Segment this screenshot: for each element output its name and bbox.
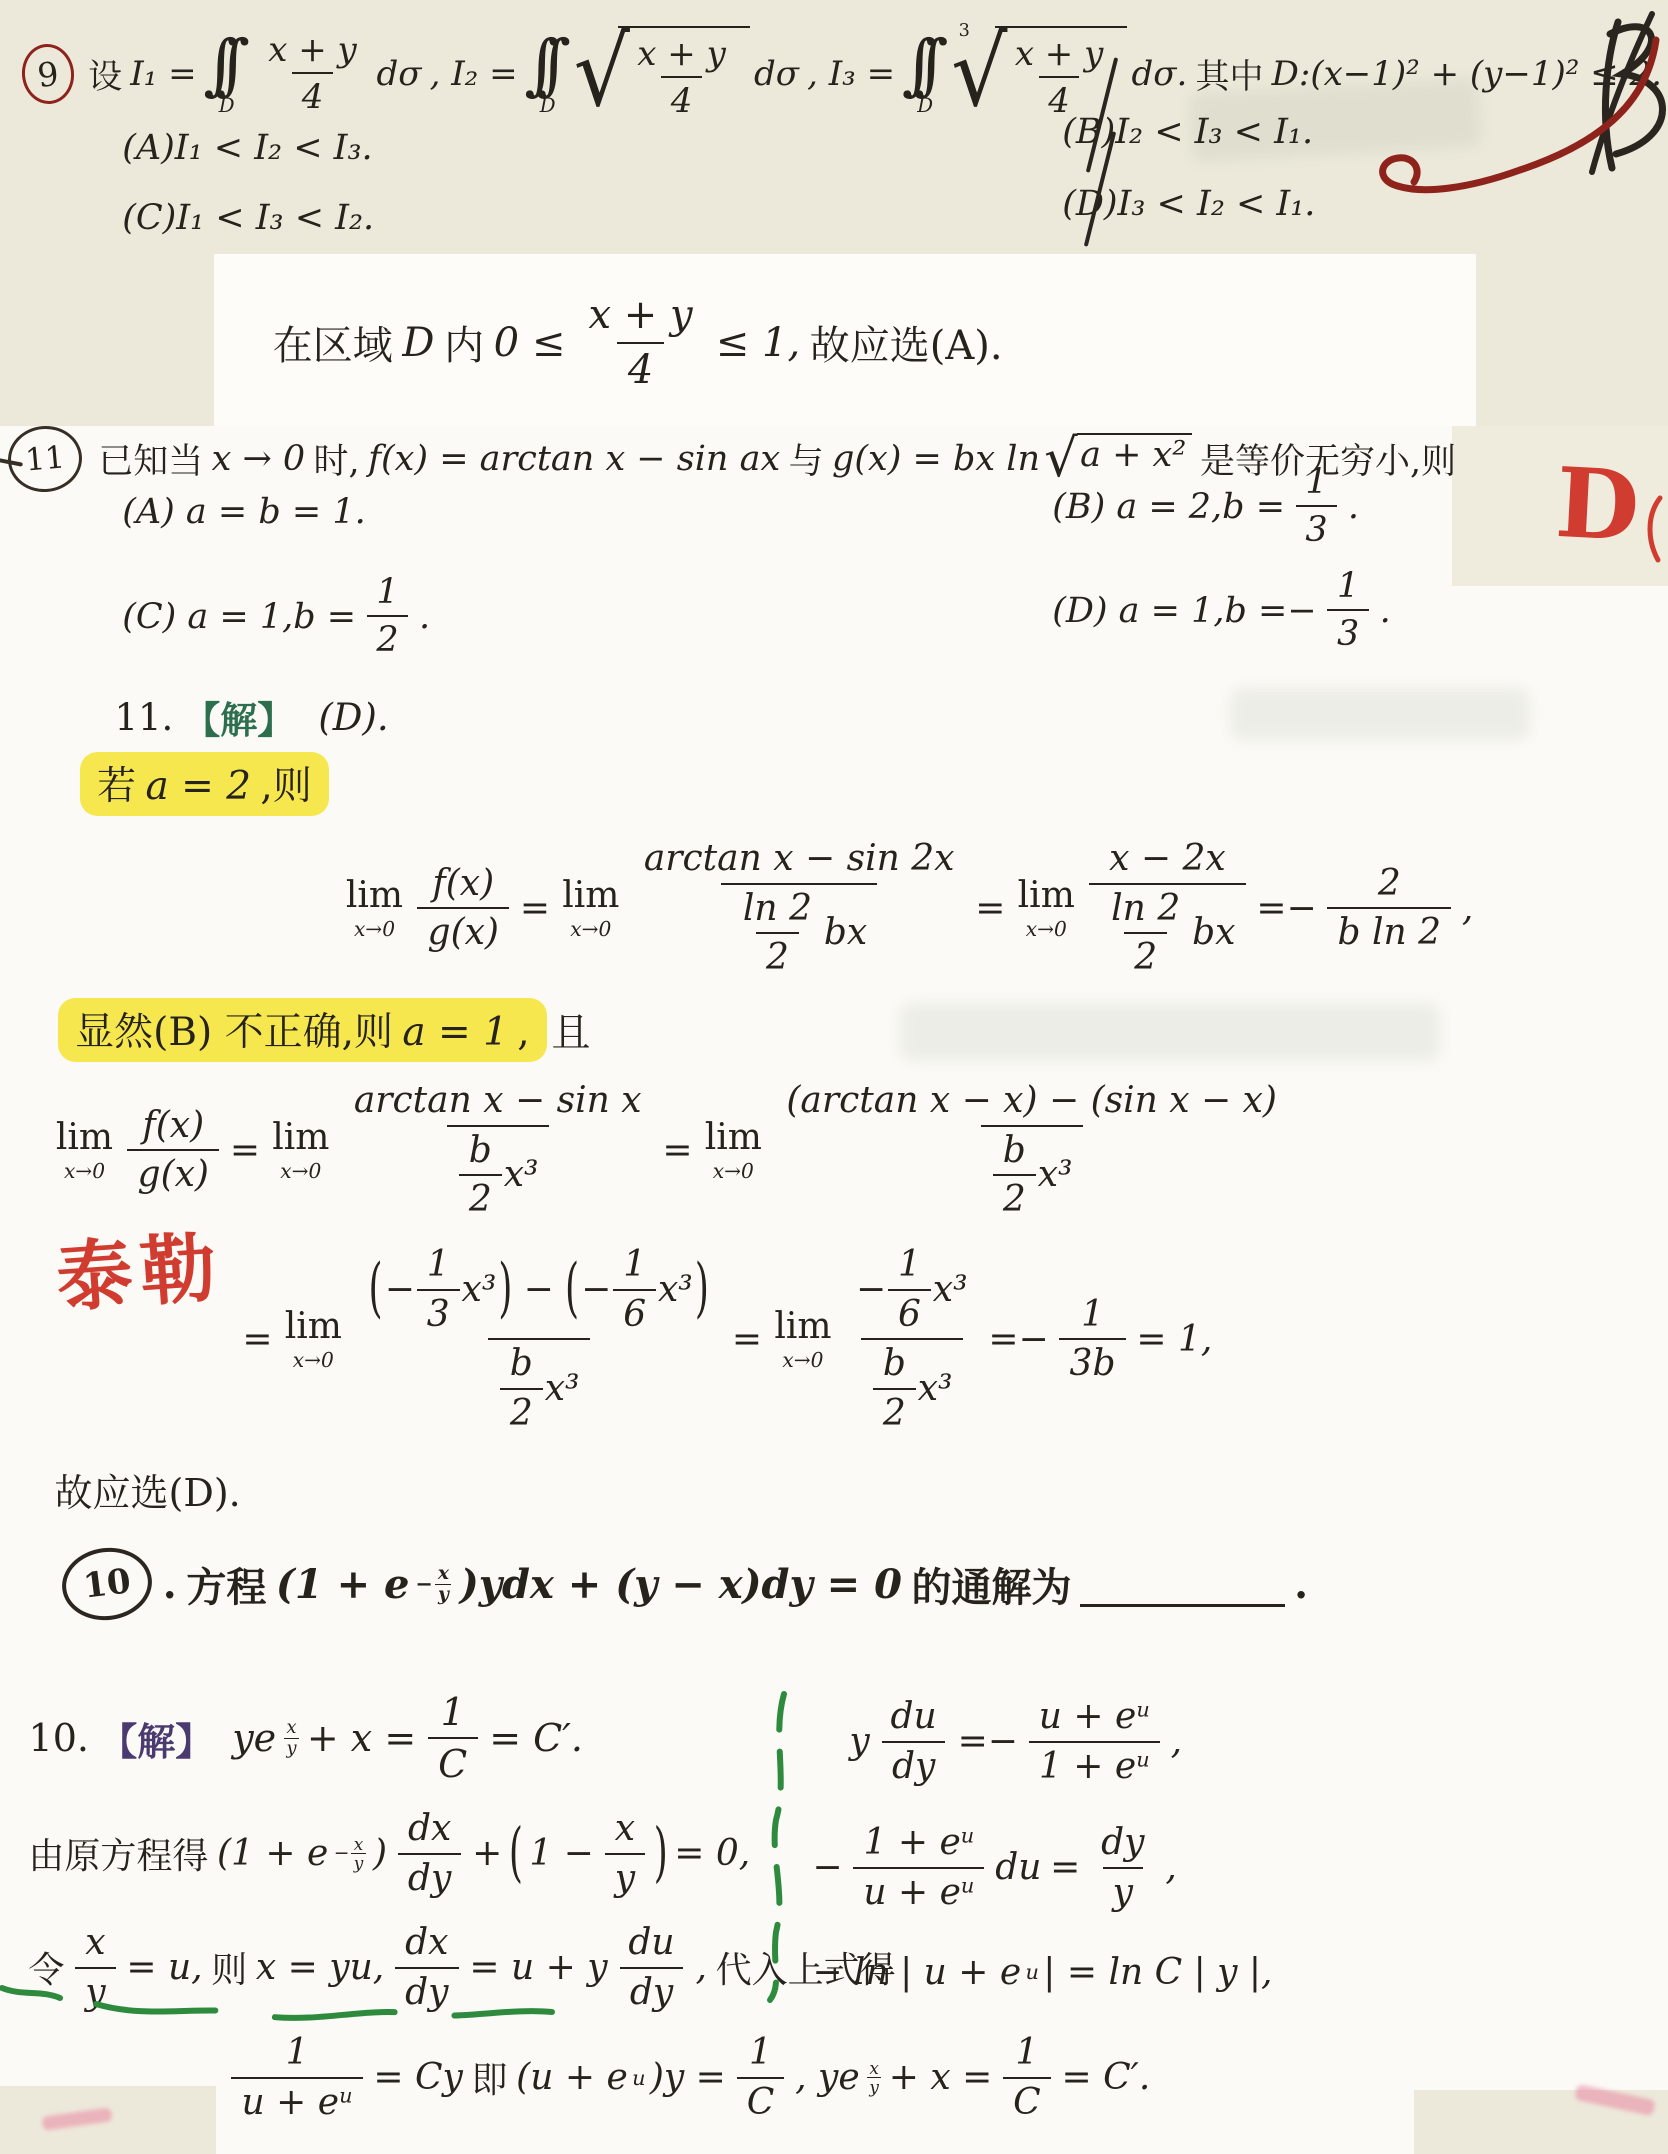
fraction: arctan x − sin 2xln 22bx: [634, 838, 965, 979]
numerator: arctan x − sin 2x: [634, 838, 965, 883]
numerator: x − 2x: [1099, 838, 1236, 883]
fx-definition: f(x) = arctan x − sin ax: [368, 439, 780, 479]
bg-patch: [1476, 254, 1668, 426]
problem-10-number: 10: [81, 1561, 133, 1606]
exponent-u: u: [339, 2083, 352, 2107]
denominator: 2: [1124, 932, 1167, 979]
red-stroke: [1650, 498, 1660, 560]
numerator: 1: [417, 1244, 460, 1289]
equals: =: [230, 1130, 260, 1171]
double-integral: ∫∫D: [203, 31, 250, 115]
green-marker-annotation: [0, 1678, 830, 2038]
denominator: b2x³: [981, 1125, 1083, 1222]
denominator: 2: [459, 1174, 502, 1221]
comma: ,: [1171, 1721, 1182, 1762]
lim: lim: [562, 878, 619, 914]
integral-sign: ∫∫: [203, 31, 250, 97]
numerator: 1: [1071, 1294, 1114, 1339]
limit: limx→0: [562, 878, 619, 939]
exponent-u: u: [961, 1873, 974, 1897]
lim: lim: [705, 1120, 762, 1156]
fraction: 13b: [1059, 1294, 1125, 1386]
denominator: y: [867, 2077, 881, 2096]
equals-cy: = Cy: [373, 2057, 463, 2098]
problem-10-statement: 10 . 方程 (1 + e −xy )ydx + (y − x)dy = 0 …: [62, 1548, 1313, 1620]
exponent-u: u: [961, 1824, 974, 1848]
denominator: 6: [613, 1289, 656, 1336]
numerator: b: [500, 1343, 543, 1388]
answer-9-math: ≤ 1,: [716, 320, 800, 366]
denominator: 2: [993, 1174, 1036, 1221]
bx: bx: [824, 912, 867, 954]
lim-subscript: x→0: [782, 1350, 823, 1370]
right-paren: ): [498, 1252, 512, 1328]
limit: limx→0: [774, 1309, 831, 1370]
period: .: [1348, 487, 1359, 527]
solution-11-equation-3: = limx→0 (−13x³)−(−16x³) b2x³ = limx→0 −…: [238, 1244, 1217, 1435]
fraction: f(x)g(x): [127, 1105, 219, 1197]
denominator: C: [737, 2077, 785, 2124]
denominator: y: [435, 1584, 451, 1604]
yellow-highlight: 若a = 2,则: [80, 752, 329, 816]
minus: −: [524, 1269, 554, 1311]
lim-subscript: x→0: [64, 1161, 105, 1181]
bleed-through-smudge: [900, 1003, 1440, 1061]
option-9-a: (A)I₁ < I₂ < I₃.: [122, 128, 372, 168]
x-cubed: x³: [462, 1269, 497, 1311]
solution-10-bottom-line: 1u + eu = Cy 即 (u + e u )y = 1C , ye xy …: [225, 2032, 1155, 2124]
fraction: dudy: [880, 1696, 946, 1788]
text: 即: [472, 2052, 508, 2103]
green-dash-left: [2, 1988, 60, 1998]
numerator: b: [459, 1130, 502, 1175]
fraction: 1C: [737, 2032, 785, 2124]
x-cubed: x³: [918, 1368, 953, 1410]
numerator: 1: [1327, 566, 1369, 609]
left-paren: (: [368, 1252, 382, 1328]
answer-9-line: 在区域 D 内 0 ≤ x + y4 ≤ 1, 故应选(A).: [268, 292, 1007, 394]
bx: bx: [1192, 912, 1235, 954]
square-root: √x + y4: [574, 26, 750, 121]
fraction: 13: [1296, 462, 1338, 551]
comma: ,: [1462, 888, 1473, 929]
numerator: x: [435, 1564, 451, 1583]
fraction: x + y4: [628, 34, 736, 121]
equation-right: )ydx + (y − x)dy = 0: [460, 1561, 902, 1608]
dsigma: dσ: [376, 54, 421, 94]
denominator: u + eu: [231, 2077, 362, 2124]
math: a = 2: [146, 764, 252, 809]
nested-fraction: ln 22: [1101, 888, 1190, 980]
handwritten-mark-top-right: [1300, 0, 1668, 215]
equals: =: [975, 888, 1005, 929]
solution-10-right-2: − 1 + euu + eu du = dyy ,: [808, 1822, 1181, 1914]
textbook-page: 9 设 I₁ = ∫∫D x + y4 dσ , I₂ = ∫∫D √x + y…: [0, 0, 1668, 2154]
denominator: 2: [873, 1388, 916, 1435]
u-plus-e: u + e: [242, 2082, 340, 2123]
x-cubed: x³: [545, 1368, 580, 1410]
x-cubed: x³: [658, 1269, 693, 1311]
double-integral: ∫∫D: [902, 31, 949, 115]
problem-9-text: 其中: [1195, 49, 1263, 98]
math: a = 1: [402, 1010, 508, 1055]
numerator: dy: [1091, 1822, 1155, 1867]
numerator: f(x): [132, 1105, 214, 1150]
math: )y =: [650, 2057, 726, 2098]
numerator: 1: [367, 572, 409, 615]
math: (u + e: [516, 2057, 628, 2098]
bg-patch: [0, 254, 214, 426]
problem-11-text: 与: [789, 434, 824, 484]
numerator: du: [880, 1696, 946, 1741]
fraction: x + y4: [1005, 34, 1113, 121]
limit: limx→0: [272, 1120, 329, 1181]
minus: −: [416, 1574, 433, 1595]
minus: −: [385, 1269, 415, 1311]
solution-10-right-3: − ln | u + e u | = ln C | y |,: [808, 1952, 1277, 1993]
answer-9-text: 在区域: [273, 314, 393, 371]
green-dashed-brace: [770, 1694, 784, 2000]
lim: lim: [285, 1309, 342, 1345]
denominator: 4: [661, 76, 702, 121]
lim: lim: [272, 1120, 329, 1156]
exponent-u: u: [632, 2068, 645, 2089]
denominator: C: [1003, 2077, 1051, 2124]
numerator: 1: [1296, 462, 1338, 505]
option-9-c: (C)I₁ < I₃ < I₂.: [122, 198, 374, 238]
equals: =: [662, 1130, 692, 1171]
u-plus-e: u + e: [1039, 1696, 1137, 1737]
period: .: [1294, 1561, 1308, 1608]
denominator: b2x³: [488, 1338, 590, 1435]
dsigma: dσ.: [1132, 54, 1188, 94]
solution-10-right-1: y dudy =− u + eu1 + eu ,: [845, 1696, 1186, 1788]
numerator: arctan x − sin x: [344, 1080, 652, 1125]
minus: −: [856, 1269, 886, 1311]
equals-minus: =−: [958, 1721, 1018, 1762]
lim: lim: [1018, 878, 1075, 914]
numerator: −16x³: [846, 1244, 978, 1338]
denominator: 2: [756, 932, 799, 979]
exponent-fraction: −xy: [416, 1564, 454, 1604]
problem-11-math: x → 0: [212, 439, 306, 479]
option-11-b-text: (B) a = 2,b =: [1052, 487, 1285, 527]
denominator: 3: [1327, 609, 1369, 655]
numerator: ln 2: [1101, 888, 1190, 933]
equals: =: [242, 1319, 272, 1360]
denominator: g(x): [417, 907, 509, 954]
denominator: g(x): [127, 1149, 219, 1196]
pen-tail: [0, 455, 23, 467]
numerator: (arctan x − x) − (sin x − x): [776, 1080, 1287, 1125]
numerator: ln 2: [733, 888, 822, 933]
option-11-d-text: (D) a = 1,b =−: [1052, 591, 1317, 631]
fraction: f(x)g(x): [417, 863, 509, 955]
denominator: u + eu: [853, 1867, 984, 1914]
math: | = ln C | y |,: [1043, 1952, 1272, 1993]
numerator: 1: [276, 2032, 319, 2077]
lim-subscript: x→0: [1026, 919, 1067, 939]
highlighted-line-2: 显然(B) 不正确,则a = 1, 且: [58, 998, 595, 1062]
denominator: b ln 2: [1327, 907, 1451, 954]
lim: lim: [774, 1309, 831, 1345]
denominator: ln 22bx: [721, 883, 877, 980]
one-plus-e: 1 + e: [863, 1822, 960, 1863]
domain-d-subscript: D: [917, 96, 933, 116]
green-dashed-underline: [96, 2004, 552, 2018]
exponent-u: u: [1136, 1747, 1149, 1771]
denominator: 2: [500, 1388, 543, 1435]
equals-minus: =−: [988, 1319, 1048, 1360]
denominator: 3b: [1059, 1338, 1125, 1385]
one-plus-e: 1 + e: [1039, 1746, 1136, 1787]
exponent-fraction: xy: [865, 2060, 883, 2096]
integral-sign: ∫∫: [524, 31, 571, 97]
radical-sign: √: [951, 25, 1007, 120]
domain-d-subscript: D: [540, 96, 556, 116]
denominator: dy: [882, 1741, 946, 1788]
numerator: 2: [1368, 863, 1411, 908]
handwritten-answer-d: D: [1553, 446, 1642, 563]
denominator: 2: [367, 615, 409, 661]
integral-sign: ∫∫: [902, 31, 949, 97]
numerator: x + y: [259, 30, 367, 72]
highlighted-line-1: 若a = 2,则: [80, 752, 329, 816]
period: .: [163, 1561, 177, 1608]
limit: limx→0: [56, 1120, 113, 1181]
equals-minus: =−: [1256, 888, 1316, 929]
problem-11-number: 11: [24, 439, 66, 478]
answer-9-text: 内: [444, 314, 484, 371]
fraction: 1C: [1003, 2032, 1051, 2124]
numerator: u + eu: [1029, 1696, 1160, 1741]
comma: ,: [1165, 1847, 1176, 1888]
denominator: b2x³: [447, 1125, 549, 1222]
pen-scribble: [1592, 14, 1652, 172]
y: y: [849, 1721, 869, 1762]
problem-9-number-circled: 9: [19, 41, 77, 106]
numerator: f(x): [422, 863, 504, 908]
limit: limx→0: [1018, 878, 1075, 939]
radical-sign: √: [574, 25, 630, 120]
text-after-highlight: 且: [551, 1002, 590, 1058]
lim-subscript: x→0: [280, 1161, 321, 1181]
problem-9-text: 设: [88, 49, 122, 98]
right-paren: ): [695, 1252, 709, 1328]
numerator: (−13x³)−(−16x³): [356, 1244, 721, 1338]
option-11-c-text: (C) a = 1,b =: [122, 597, 356, 637]
answer-9-conclusion: 故应选(A).: [810, 314, 1003, 371]
problem-10-text: 的通解为: [912, 1556, 1072, 1613]
denominator: 4: [292, 72, 333, 117]
nested-fraction: 13: [417, 1244, 460, 1336]
minus: −: [812, 1847, 842, 1888]
limit: limx→0: [346, 878, 403, 939]
text: 显然(B) 不正确,则: [75, 1010, 393, 1055]
problem-10-text: 方程: [186, 1556, 266, 1613]
gx-definition: g(x) = bx ln: [832, 439, 1040, 479]
answer-blank-line: [1080, 1562, 1285, 1607]
lim-subscript: x→0: [713, 1161, 754, 1181]
nested-fraction: 16: [888, 1244, 931, 1336]
solution-11-number: 11.: [114, 696, 173, 739]
numerator: x + y: [628, 34, 736, 76]
denominator: 6: [888, 1289, 931, 1336]
fraction: 1 + euu + eu: [853, 1822, 984, 1914]
equation-left: (1 + e: [276, 1561, 410, 1608]
numerator: x + y: [577, 292, 703, 342]
jie-label: 【解】: [183, 690, 294, 744]
fraction: u + eu1 + eu: [1029, 1696, 1160, 1788]
problem-11-number-circled: 11: [5, 423, 84, 495]
math: − ln | u + e: [812, 1952, 1021, 1993]
double-integral: ∫∫D: [524, 31, 571, 115]
equals: =: [732, 1319, 762, 1360]
i3-symbol: , I₃ =: [807, 54, 895, 94]
denominator: 3: [1296, 505, 1338, 551]
lim-subscript: x→0: [570, 919, 611, 939]
nested-fraction: b2: [873, 1343, 916, 1435]
fraction: dyy: [1091, 1822, 1155, 1914]
solution-11-conclusion: 故应选(D).: [55, 1462, 241, 1517]
option-11-a: (A) a = b = 1.: [122, 492, 366, 532]
fraction: x + y4: [259, 30, 367, 117]
yellow-highlight: 显然(B) 不正确,则a = 1,: [58, 998, 547, 1062]
solution-11-equation-1: limx→0 f(x)g(x) = limx→0 arctan x − sin …: [338, 838, 1478, 979]
option-11-b: (B) a = 2,b = 13 .: [1048, 462, 1363, 551]
denominator: 1 + eu: [1029, 1741, 1160, 1788]
numerator: 1: [1005, 2032, 1048, 2077]
x-cubed: x³: [1038, 1154, 1073, 1196]
dsigma: dσ: [754, 54, 799, 94]
solution-11-header: 11. 【解】 (D).: [110, 690, 393, 744]
nested-fraction: ln 22: [733, 888, 822, 980]
limit: limx→0: [285, 1309, 342, 1370]
math: + x =: [889, 2057, 993, 2098]
numerator: x + y: [1005, 34, 1113, 76]
equals: =: [520, 888, 550, 929]
fraction: −16x³ b2x³: [846, 1244, 978, 1435]
nested-fraction: b2: [993, 1130, 1036, 1222]
answer-9-math: D: [402, 320, 434, 366]
exponent-u: u: [1136, 1698, 1149, 1722]
minus: −: [581, 1269, 611, 1311]
fraction: (−13x³)−(−16x³) b2x³: [356, 1244, 721, 1435]
x-cubed: x³: [504, 1154, 539, 1196]
fraction: 1u + eu: [231, 2032, 362, 2124]
fraction: x + y4: [577, 292, 703, 394]
problem-11-text: 已知当: [98, 434, 203, 484]
lim-subscript: x→0: [354, 919, 395, 939]
handwritten-taylor-note: 泰勒: [52, 1206, 226, 1326]
solution-11-equation-2: limx→0 f(x)g(x) = limx→0 arctan x − sin …: [48, 1080, 1294, 1221]
limit: limx→0: [705, 1120, 762, 1181]
period: .: [1380, 591, 1391, 631]
problem-10-number-circled: 10: [58, 1543, 156, 1625]
numerator: 1 + eu: [853, 1822, 984, 1867]
denominator: 3: [417, 1289, 460, 1336]
exponent-u: u: [1026, 1962, 1039, 1983]
denominator: ln 22bx: [1089, 883, 1245, 980]
bleed-through-smudge: [1230, 688, 1530, 740]
denominator: y: [1103, 1867, 1144, 1914]
math: , ye: [795, 2057, 860, 2098]
text: 若: [97, 764, 136, 809]
x-cubed: x³: [933, 1269, 968, 1311]
u-plus-e: u + e: [863, 1872, 961, 1913]
text: ,: [517, 1010, 529, 1055]
fraction: arctan x − sin xb2x³: [344, 1080, 652, 1221]
numerator: 1: [613, 1244, 656, 1289]
denominator: b2x³: [861, 1338, 963, 1435]
math: = C′.: [1062, 2057, 1151, 2098]
numerator: x: [867, 2060, 881, 2078]
nested-fraction: 16: [613, 1244, 656, 1336]
left-paren: (: [565, 1252, 579, 1328]
fraction: 13: [1327, 566, 1369, 655]
fraction: 2b ln 2: [1327, 863, 1451, 955]
solution-11-answer: (D).: [318, 696, 388, 739]
du: du: [995, 1847, 1041, 1888]
option-11-c: (C) a = 1,b = 12 .: [118, 572, 434, 661]
nested-fraction: b2: [459, 1130, 502, 1222]
lim-subscript: x→0: [293, 1350, 334, 1370]
i1-symbol: I₁ =: [130, 54, 196, 94]
fraction: x − 2xln 22bx: [1089, 838, 1245, 979]
period: .: [419, 597, 430, 637]
denominator: 4: [617, 342, 665, 394]
answer-9-math: 0 ≤: [494, 320, 566, 366]
numerator: 1: [739, 2032, 782, 2077]
i2-symbol: , I₂ =: [430, 54, 518, 94]
nested-fraction: b2: [500, 1343, 543, 1435]
numerator: 1: [888, 1244, 931, 1289]
fraction: 12: [367, 572, 409, 661]
option-11-d: (D) a = 1,b =− 13 .: [1048, 566, 1395, 655]
lim: lim: [56, 1120, 113, 1156]
equals-one: = 1,: [1136, 1319, 1212, 1360]
problem-9-number: 9: [36, 53, 61, 94]
domain-d-subscript: D: [219, 96, 235, 116]
numerator: b: [873, 1343, 916, 1388]
fraction: (arctan x − x) − (sin x − x)b2x³: [776, 1080, 1287, 1221]
text: ,则: [260, 764, 311, 809]
lim: lim: [346, 878, 403, 914]
equals: =: [1050, 1847, 1080, 1888]
numerator: b: [993, 1130, 1036, 1175]
problem-11-text: 时,: [314, 434, 360, 484]
red-edge-squiggle: [1642, 494, 1666, 566]
